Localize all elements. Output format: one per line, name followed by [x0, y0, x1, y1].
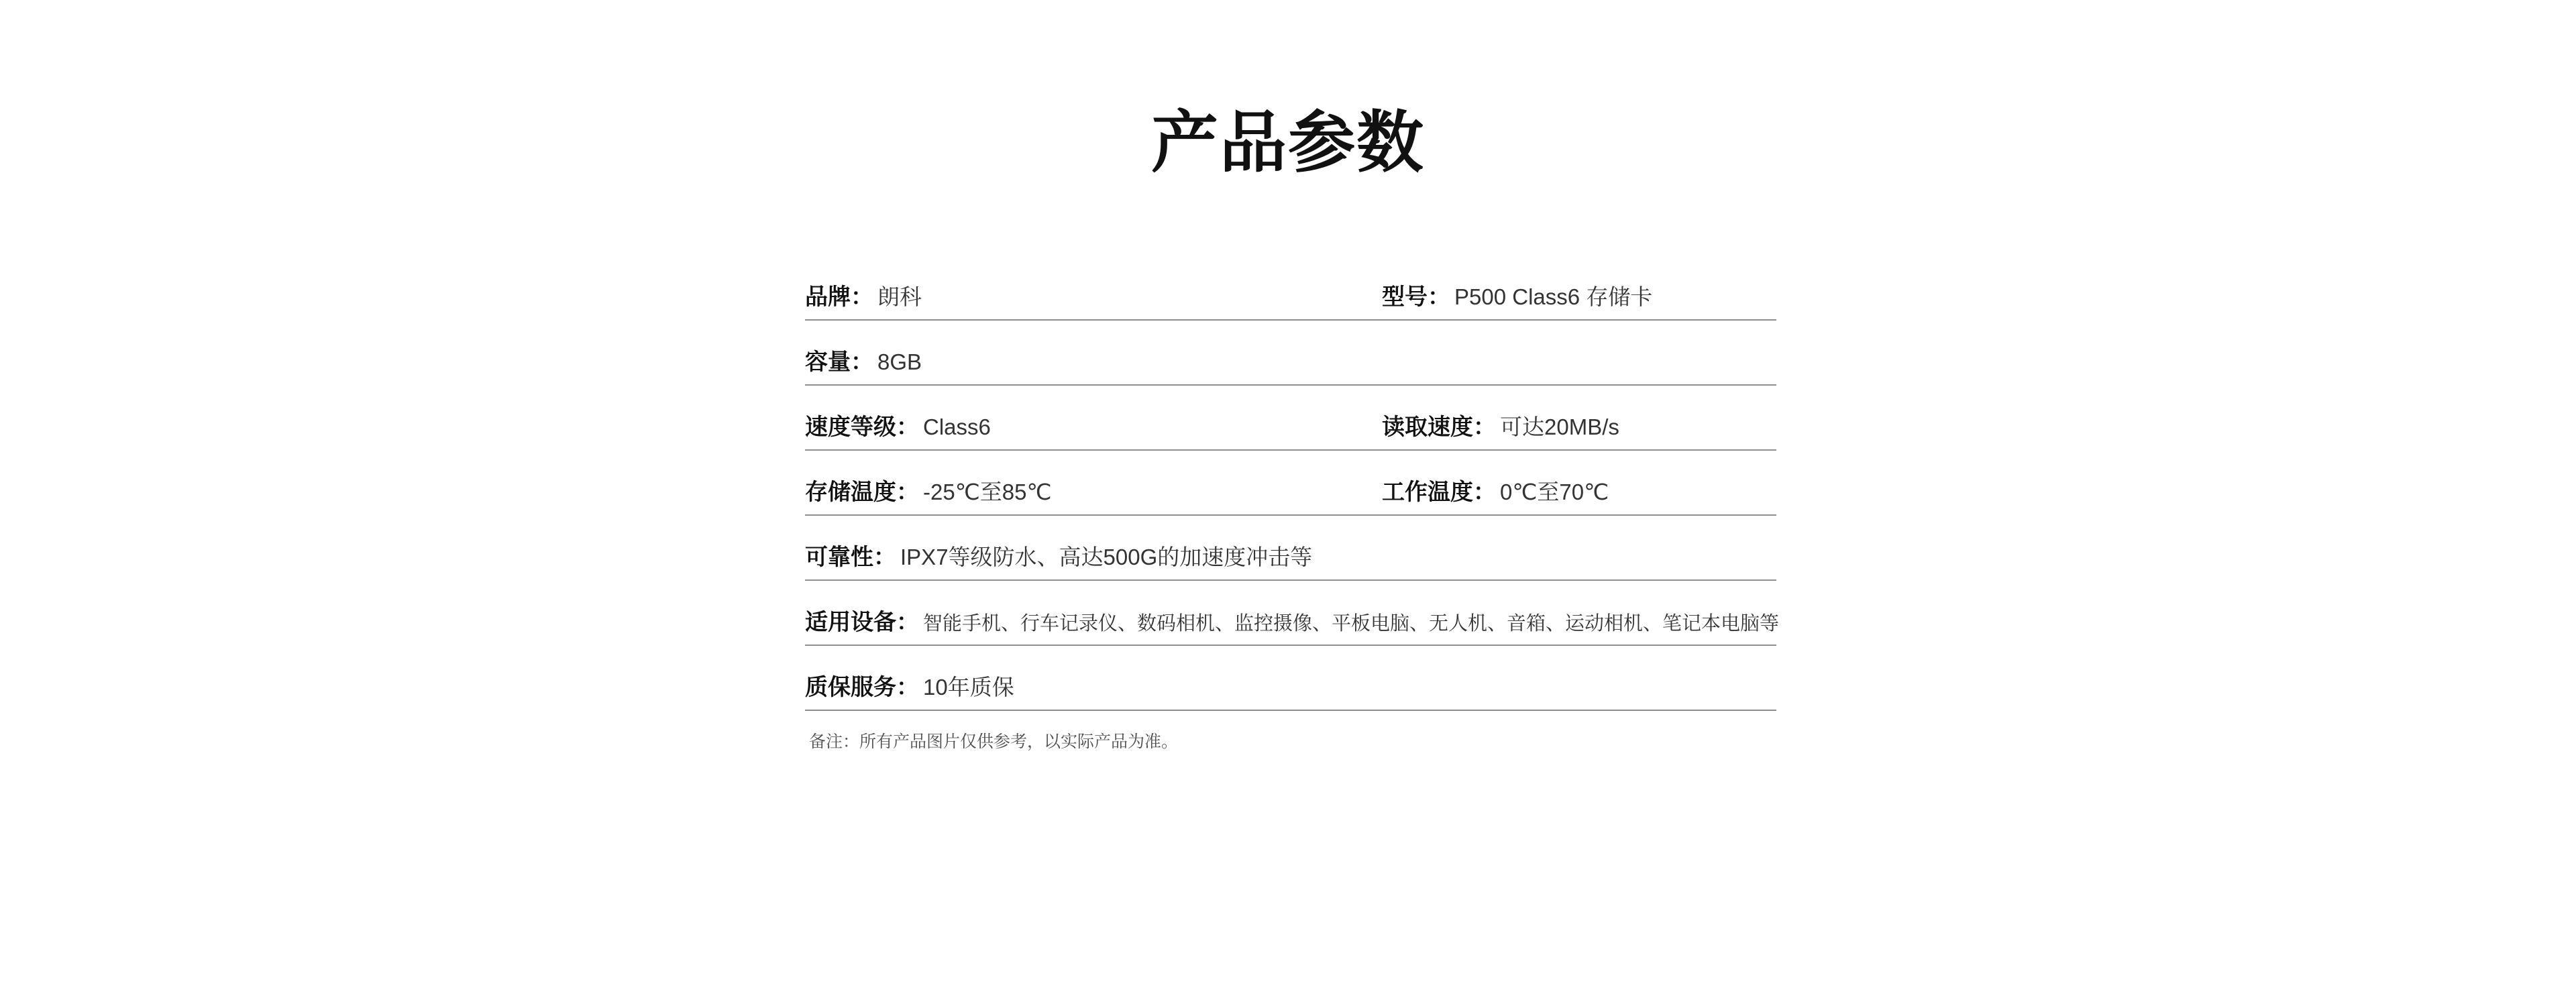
brand-value: 朗科 [877, 280, 922, 311]
reliability-label: 可靠性： [805, 539, 896, 571]
capacity-label: 容量： [805, 343, 873, 376]
spec-row-compatible-devices: 适用设备： 智能手机、行车记录仪、数码相机、监控摄像、平板电脑、无人机、音箱、运… [805, 581, 1776, 646]
operating-temp-value: 0℃至70℃ [1500, 475, 1609, 506]
spec-cell-storage-temp: 存储温度： -25℃至85℃ [805, 473, 1382, 506]
spec-cell-model: 型号： P500 Class6 存储卡 [1382, 278, 1776, 311]
spec-cell-reliability: 可靠性： IPX7等级防水、高达500G的加速度冲击等 [805, 539, 1776, 571]
spec-row-speed: 速度等级： Class6 读取速度： 可达20MB/s [805, 386, 1776, 451]
speed-class-value: Class6 [923, 414, 991, 440]
operating-temp-label: 工作温度： [1382, 473, 1496, 506]
compatible-devices-label: 适用设备： [805, 604, 919, 636]
spec-row-reliability: 可靠性： IPX7等级防水、高达500G的加速度冲击等 [805, 516, 1776, 581]
spec-row-warranty: 质保服务： 10年质保 [805, 646, 1776, 711]
speed-class-label: 速度等级： [805, 408, 919, 441]
reliability-value: IPX7等级防水、高达500G的加速度冲击等 [900, 540, 1312, 571]
storage-temp-label: 存储温度： [805, 473, 919, 506]
storage-temp-value: -25℃至85℃ [923, 475, 1052, 506]
product-spec-sheet: 产品参数 品牌： 朗科 型号： P500 Class6 存储卡 容量： 8GB … [0, 0, 2576, 1006]
spec-cell-capacity: 容量： 8GB [805, 343, 1776, 376]
spec-row-brand-model: 品牌： 朗科 型号： P500 Class6 存储卡 [805, 256, 1776, 321]
brand-label: 品牌： [805, 278, 873, 311]
spec-cell-brand: 品牌： 朗科 [805, 278, 1382, 311]
model-value: P500 Class6 存储卡 [1454, 280, 1652, 311]
model-label: 型号： [1382, 278, 1450, 311]
compatible-devices-value: 智能手机、行车记录仪、数码相机、监控摄像、平板电脑、无人机、音箱、运动相机、笔记… [923, 608, 1779, 636]
spec-cell-read-speed: 读取速度： 可达20MB/s [1382, 408, 1776, 441]
spec-cell-speed-class: 速度等级： Class6 [805, 408, 1382, 441]
disclaimer-note: 备注：所有产品图片仅供参考，以实际产品为准。 [809, 728, 1178, 752]
read-speed-label: 读取速度： [1382, 408, 1496, 441]
spec-table: 品牌： 朗科 型号： P500 Class6 存储卡 容量： 8GB 速度等级：… [805, 256, 1776, 711]
spec-row-capacity: 容量： 8GB [805, 321, 1776, 386]
spec-cell-compatible-devices: 适用设备： 智能手机、行车记录仪、数码相机、监控摄像、平板电脑、无人机、音箱、运… [805, 604, 1779, 636]
warranty-label: 质保服务： [805, 669, 919, 702]
read-speed-value: 可达20MB/s [1500, 410, 1619, 441]
spec-cell-warranty: 质保服务： 10年质保 [805, 669, 1776, 702]
page-title: 产品参数 [0, 106, 2576, 180]
spec-row-temperature: 存储温度： -25℃至85℃ 工作温度： 0℃至70℃ [805, 451, 1776, 516]
spec-cell-operating-temp: 工作温度： 0℃至70℃ [1382, 473, 1776, 506]
warranty-value: 10年质保 [923, 670, 1014, 702]
capacity-value: 8GB [877, 349, 922, 375]
